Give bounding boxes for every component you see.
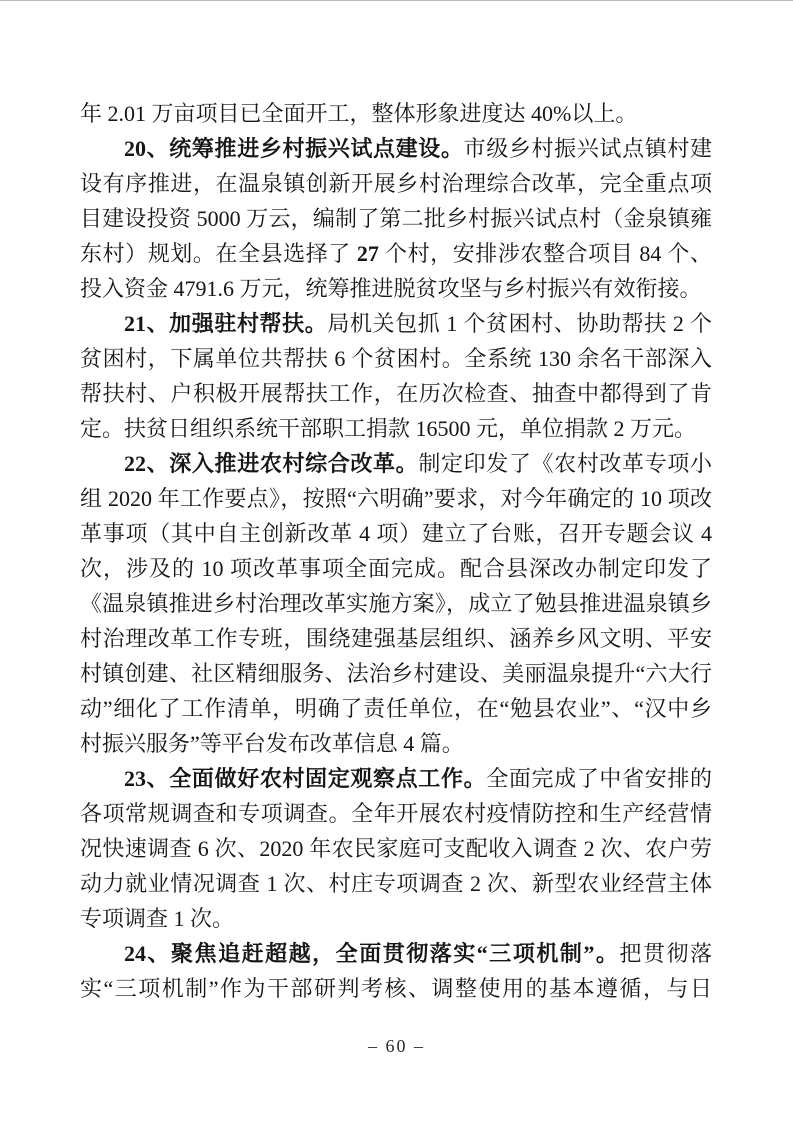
paragraph-20: 20、统筹推进乡村振兴试点建设。市级乡村振兴试点镇村建设有序推进，在温泉镇创新开…	[80, 131, 712, 306]
paragraph-23: 23、全面做好农村固定观察点工作。全面完成了中省安排的各项常规调查和专项调查。全…	[80, 761, 712, 936]
paragraph-22: 22、深入推进农村综合改革。制定印发了《农村改革专项小组 2020 年工作要点》…	[80, 446, 712, 761]
paragraph-23-heading: 23、全面做好农村固定观察点工作。	[124, 766, 486, 791]
paragraph-22-heading: 22、深入推进农村综合改革。	[124, 451, 418, 476]
paragraph-continuation-text: 年 2.01 万亩项目已全面开工，整体形象进度达 40%以上。	[80, 101, 637, 126]
paragraph-20-emphasis-number: 27	[357, 241, 379, 266]
paragraph-continuation: 年 2.01 万亩项目已全面开工，整体形象进度达 40%以上。	[80, 96, 712, 131]
paragraph-24: 24、聚焦追赶超越，全面贯彻落实“三项机制”。把贯彻落实“三项机制”作为干部研判…	[80, 936, 712, 1006]
paragraph-21: 21、加强驻村帮扶。局机关包抓 1 个贫困村、协助帮扶 2 个贫困村，下属单位共…	[80, 306, 712, 446]
paragraph-21-heading: 21、加强驻村帮扶。	[124, 311, 327, 336]
page-number: – 60 –	[0, 1036, 793, 1057]
paragraph-22-body: 制定印发了《农村改革专项小组 2020 年工作要点》，按照“六明确”要求，对今年…	[80, 451, 712, 756]
paragraph-20-heading: 20、统筹推进乡村振兴试点建设。	[124, 136, 464, 161]
scan-edge-line	[0, 0, 793, 1]
paragraph-24-heading: 24、聚焦追赶超越，全面贯彻落实“三项机制”。	[124, 941, 619, 966]
text-body: 年 2.01 万亩项目已全面开工，整体形象进度达 40%以上。 20、统筹推进乡…	[80, 96, 712, 1006]
document-page: 年 2.01 万亩项目已全面开工，整体形象进度达 40%以上。 20、统筹推进乡…	[0, 0, 793, 1122]
